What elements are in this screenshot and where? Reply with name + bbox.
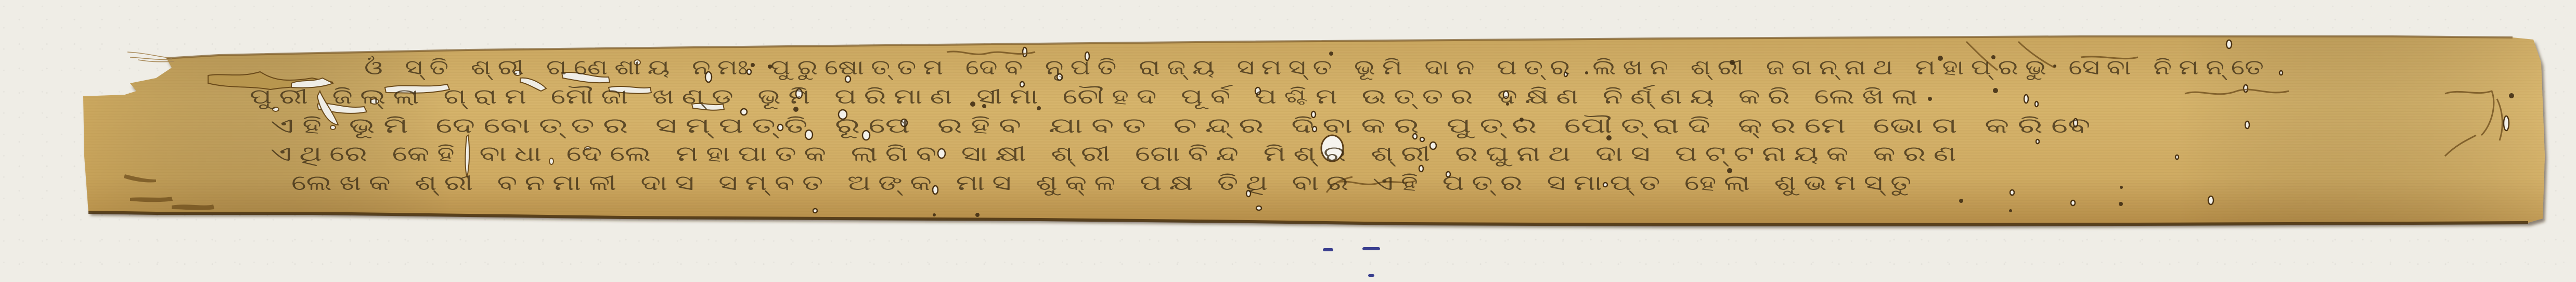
script-line-1: ଓଁ ସ୍ତି ଶ୍ରୀ ଗଣେଶାୟ ନମଃ ପୁରୁଷୋତ୍ତମ ଦେବ ନ…: [364, 57, 2271, 78]
script-line-3: ଏହି ଭୂମି ଦେବୋତ୍ତର ସମ୍ପତ୍ତି ରୂପେ ରହିବ ଯାବ…: [271, 116, 2099, 136]
script-line-2: ପୁରୀ ଜିଲ୍ଲା ଗ୍ରାମ ମୌଜା ଖଣ୍ଡ ଭୂମି ପରିମାଣ …: [250, 86, 1925, 107]
palm-leaf: [0, 0, 2576, 282]
script-line-5: ଲେଖକ ଶ୍ରୀ ବନମାଳୀ ଦାସ ସମ୍ବତ ଅଙ୍କ ମାସ ଶୁକ୍…: [291, 173, 1919, 194]
catalogue-marks: [1323, 247, 1380, 277]
script-line-4: ଏଥିରେ କେହି ବାଧା ଦେଲେ ମହାପାତକ ଲାଗିବ ସାକ୍ଷ…: [271, 144, 1964, 164]
frayed-fibres: [127, 52, 174, 62]
